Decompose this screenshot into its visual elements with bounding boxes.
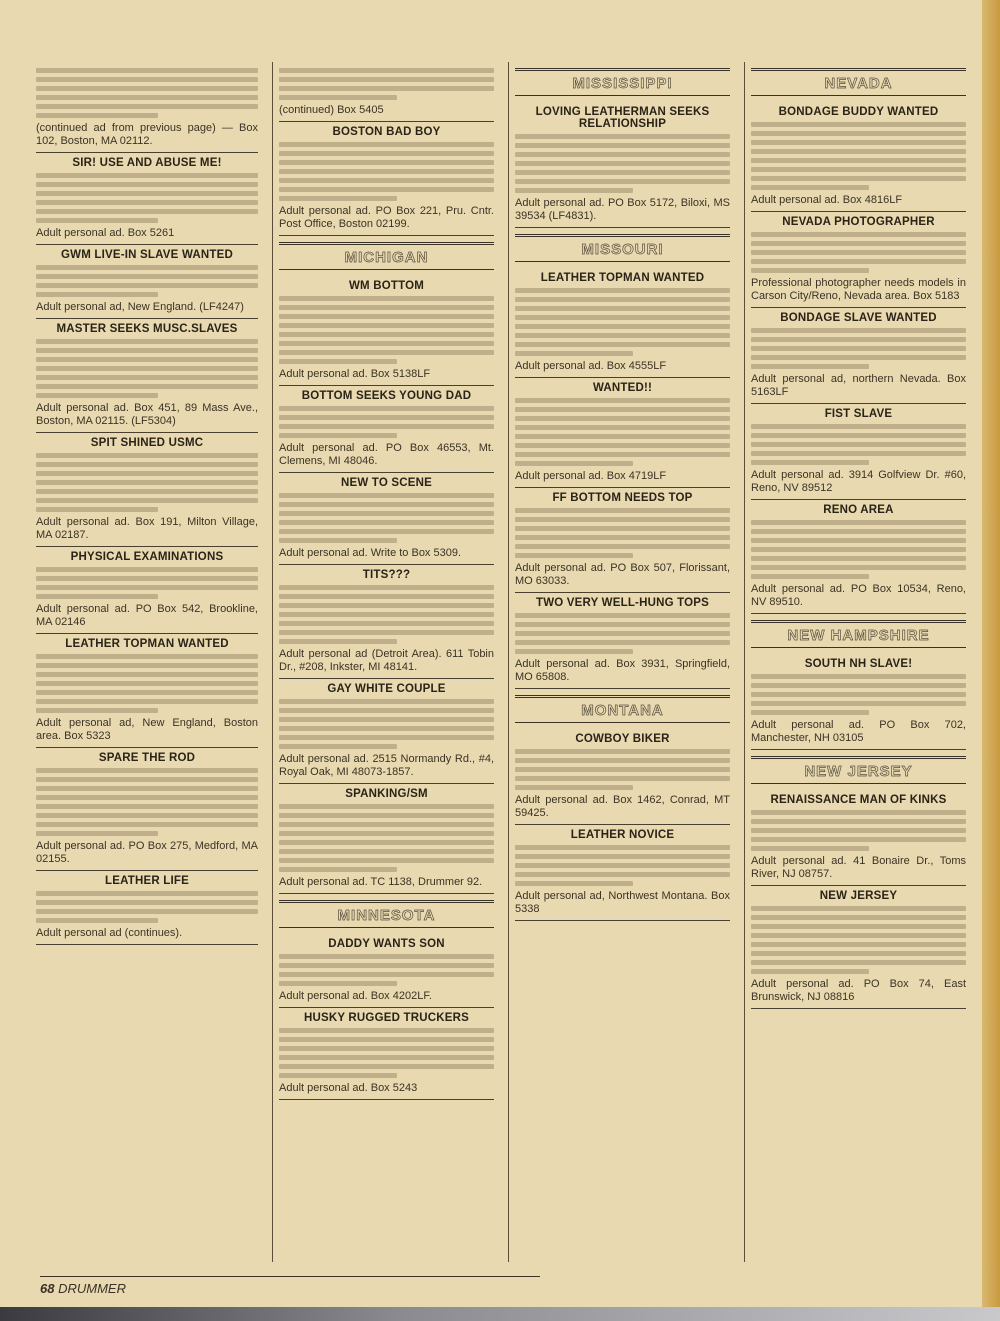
classified-ad: LEATHER LIFEAdult personal ad (continues… <box>36 871 258 945</box>
ad-body: Adult personal ad. Box 5261 <box>36 173 258 240</box>
classified-ad: RENAISSANCE MAN OF KINKSAdult personal a… <box>751 790 966 886</box>
ad-headline: TWO VERY WELL-HUNG TOPS <box>515 597 730 609</box>
ad-body: Adult personal ad. PO Box 221, Pru. Cntr… <box>279 142 494 231</box>
ad-body: Adult personal ad. Box 191, Milton Villa… <box>36 453 258 542</box>
classified-ad: TWO VERY WELL-HUNG TOPSAdult personal ad… <box>515 593 730 689</box>
ad-headline: LEATHER TOPMAN WANTED <box>36 638 258 650</box>
ad-body: Adult personal ad (Detroit Area). 611 To… <box>279 585 494 674</box>
classified-ad: FF BOTTOM NEEDS TOPAdult personal ad. PO… <box>515 488 730 593</box>
ad-body: Adult personal ad. PO Box 702, Mancheste… <box>751 674 966 745</box>
ad-body: Adult personal ad. 3914 Golfview Dr. #60… <box>751 424 966 495</box>
scan-bottom-strip <box>0 1307 1000 1321</box>
ad-body: Adult personal ad, northern Nevada. Box … <box>751 328 966 399</box>
classified-ad: WANTED!!Adult personal ad. Box 4719LF <box>515 378 730 488</box>
ad-body: Adult personal ad, New England, Boston a… <box>36 654 258 743</box>
ad-body: Adult personal ad. Box 5138LF <box>279 296 494 381</box>
ad-headline: WANTED!! <box>515 382 730 394</box>
classified-ad: SPARE THE RODAdult personal ad. PO Box 2… <box>36 748 258 871</box>
classified-ad: DADDY WANTS SONAdult personal ad. Box 42… <box>279 934 494 1008</box>
ad-headline: PHYSICAL EXAMINATIONS <box>36 551 258 563</box>
classified-ad: NEW JERSEYAdult personal ad. PO Box 74, … <box>751 886 966 1009</box>
classified-ad: (continued) Box 5405 <box>279 62 494 122</box>
ad-body: Adult personal ad. TC 1138, Drummer 92. <box>279 804 494 889</box>
classified-ad: SPANKING/SMAdult personal ad. TC 1138, D… <box>279 784 494 894</box>
classified-ad: FIST SLAVEAdult personal ad. 3914 Golfvi… <box>751 404 966 500</box>
classified-ad: NEVADA PHOTOGRAPHERProfessional photogra… <box>751 212 966 308</box>
state-section-header: MONTANA <box>515 695 730 723</box>
classifieds-columns: (continued ad from previous page) — Box … <box>36 62 966 1262</box>
publication-title: DRUMMER <box>58 1281 126 1296</box>
ad-headline: WM BOTTOM <box>279 280 494 292</box>
classified-ad: SIR! USE AND ABUSE ME!Adult personal ad.… <box>36 153 258 245</box>
ad-headline: NEVADA PHOTOGRAPHER <box>751 216 966 228</box>
classified-ad: COWBOY BIKERAdult personal ad. Box 1462,… <box>515 729 730 825</box>
ad-headline: HUSKY RUGGED TRUCKERS <box>279 1012 494 1024</box>
page-number: 68 <box>40 1281 54 1296</box>
classified-ad: HUSKY RUGGED TRUCKERSAdult personal ad. … <box>279 1008 494 1100</box>
column-1: (continued ad from previous page) — Box … <box>36 62 258 1262</box>
ad-headline: SPANKING/SM <box>279 788 494 800</box>
ad-headline: BOSTON BAD BOY <box>279 126 494 138</box>
state-section-header: NEW HAMPSHIRE <box>751 620 966 648</box>
ad-headline: SIR! USE AND ABUSE ME! <box>36 157 258 169</box>
classified-ad: GAY WHITE COUPLEAdult personal ad. 2515 … <box>279 679 494 784</box>
ad-body: Adult personal ad, Northwest Montana. Bo… <box>515 845 730 916</box>
ad-body: Adult personal ad. 2515 Normandy Rd., #4… <box>279 699 494 779</box>
ad-body: Adult personal ad, New England. (LF4247) <box>36 265 258 314</box>
classified-ad: BONDAGE SLAVE WANTEDAdult personal ad, n… <box>751 308 966 404</box>
ad-headline: DADDY WANTS SON <box>279 938 494 950</box>
classified-ad: LEATHER TOPMAN WANTEDAdult personal ad. … <box>515 268 730 378</box>
classified-ad: LEATHER TOPMAN WANTEDAdult personal ad, … <box>36 634 258 748</box>
state-section-header: MISSISSIPPI <box>515 68 730 96</box>
classified-ad: LOVING LEATHERMAN SEEKS RELATIONSHIPAdul… <box>515 102 730 228</box>
classified-ad: BONDAGE BUDDY WANTEDAdult personal ad. B… <box>751 102 966 212</box>
ad-body: (continued) Box 5405 <box>279 68 494 117</box>
ad-headline: NEW JERSEY <box>751 890 966 902</box>
ad-headline: SOUTH NH SLAVE! <box>751 658 966 670</box>
ad-headline: FF BOTTOM NEEDS TOP <box>515 492 730 504</box>
ad-body: Adult personal ad. Write to Box 5309. <box>279 493 494 560</box>
classified-ad: GWM LIVE-IN SLAVE WANTEDAdult personal a… <box>36 245 258 319</box>
ad-headline: GAY WHITE COUPLE <box>279 683 494 695</box>
ad-headline: BONDAGE BUDDY WANTED <box>751 106 966 118</box>
ad-body: Adult personal ad. PO Box 46553, Mt. Cle… <box>279 406 494 468</box>
ad-headline: COWBOY BIKER <box>515 733 730 745</box>
classified-ad: MASTER SEEKS MUSC.SLAVESAdult personal a… <box>36 319 258 433</box>
ad-headline: MASTER SEEKS MUSC.SLAVES <box>36 323 258 335</box>
ad-body: Adult personal ad (continues). <box>36 891 258 940</box>
ad-body: Adult personal ad. Box 5243 <box>279 1028 494 1095</box>
column-3: MISSISSIPPILOVING LEATHERMAN SEEKS RELAT… <box>508 62 730 1262</box>
ad-headline: RENAISSANCE MAN OF KINKS <box>751 794 966 806</box>
ad-headline: LEATHER NOVICE <box>515 829 730 841</box>
classified-ad: BOTTOM SEEKS YOUNG DADAdult personal ad.… <box>279 386 494 473</box>
ad-headline: GWM LIVE-IN SLAVE WANTED <box>36 249 258 261</box>
classified-ad: WM BOTTOMAdult personal ad. Box 5138LF <box>279 276 494 386</box>
ad-headline: BOTTOM SEEKS YOUNG DAD <box>279 390 494 402</box>
ad-body: Adult personal ad. Box 4555LF <box>515 288 730 373</box>
ad-headline: LOVING LEATHERMAN SEEKS RELATIONSHIP <box>515 106 730 130</box>
state-section-header: NEVADA <box>751 68 966 96</box>
ad-headline: TITS??? <box>279 569 494 581</box>
ad-body: (continued ad from previous page) — Box … <box>36 68 258 148</box>
page-edge <box>982 0 1000 1321</box>
column-2: (continued) Box 5405BOSTON BAD BOYAdult … <box>272 62 494 1262</box>
classified-ad: PHYSICAL EXAMINATIONSAdult personal ad. … <box>36 547 258 634</box>
ad-body: Adult personal ad. PO Box 507, Florissan… <box>515 508 730 588</box>
ad-body: Adult personal ad. PO Box 10534, Reno, N… <box>751 520 966 609</box>
ad-body: Adult personal ad. PO Box 542, Brookline… <box>36 567 258 629</box>
state-section-header: NEW JERSEY <box>751 756 966 784</box>
classified-ad: SPIT SHINED USMCAdult personal ad. Box 1… <box>36 433 258 547</box>
ad-body: Adult personal ad. Box 3931, Springfield… <box>515 613 730 684</box>
ad-body: Professional photographer needs models i… <box>751 232 966 303</box>
ad-body: Adult personal ad. PO Box 74, East Bruns… <box>751 906 966 1004</box>
classified-ad: TITS???Adult personal ad (Detroit Area).… <box>279 565 494 679</box>
ad-body: Adult personal ad. Box 4202LF. <box>279 954 494 1003</box>
state-section-header: MISSOURI <box>515 234 730 262</box>
classified-ad: SOUTH NH SLAVE!Adult personal ad. PO Box… <box>751 654 966 750</box>
ad-body: Adult personal ad. Box 4719LF <box>515 398 730 483</box>
classified-ad: (continued ad from previous page) — Box … <box>36 62 258 153</box>
ad-body: Adult personal ad. Box 451, 89 Mass Ave.… <box>36 339 258 428</box>
classified-ad: RENO AREAAdult personal ad. PO Box 10534… <box>751 500 966 614</box>
ad-headline: RENO AREA <box>751 504 966 516</box>
ad-headline: SPARE THE ROD <box>36 752 258 764</box>
state-section-header: MINNESOTA <box>279 900 494 928</box>
ad-body: Adult personal ad. PO Box 5172, Biloxi, … <box>515 134 730 223</box>
state-section-header: MICHIGAN <box>279 242 494 270</box>
classified-ad: NEW TO SCENEAdult personal ad. Write to … <box>279 473 494 565</box>
column-4: NEVADABONDAGE BUDDY WANTEDAdult personal… <box>744 62 966 1262</box>
ad-body: Adult personal ad. Box 1462, Conrad, MT … <box>515 749 730 820</box>
page-footer: 68 DRUMMER <box>40 1276 540 1296</box>
ad-headline: LEATHER TOPMAN WANTED <box>515 272 730 284</box>
classified-ad: LEATHER NOVICEAdult personal ad, Northwe… <box>515 825 730 921</box>
ad-body: Adult personal ad. Box 4816LF <box>751 122 966 207</box>
ad-body: Adult personal ad. PO Box 275, Medford, … <box>36 768 258 866</box>
ad-headline: FIST SLAVE <box>751 408 966 420</box>
ad-headline: LEATHER LIFE <box>36 875 258 887</box>
ad-headline: BONDAGE SLAVE WANTED <box>751 312 966 324</box>
ad-headline: NEW TO SCENE <box>279 477 494 489</box>
ad-body: Adult personal ad. 41 Bonaire Dr., Toms … <box>751 810 966 881</box>
ad-headline: SPIT SHINED USMC <box>36 437 258 449</box>
classified-ad: BOSTON BAD BOYAdult personal ad. PO Box … <box>279 122 494 236</box>
